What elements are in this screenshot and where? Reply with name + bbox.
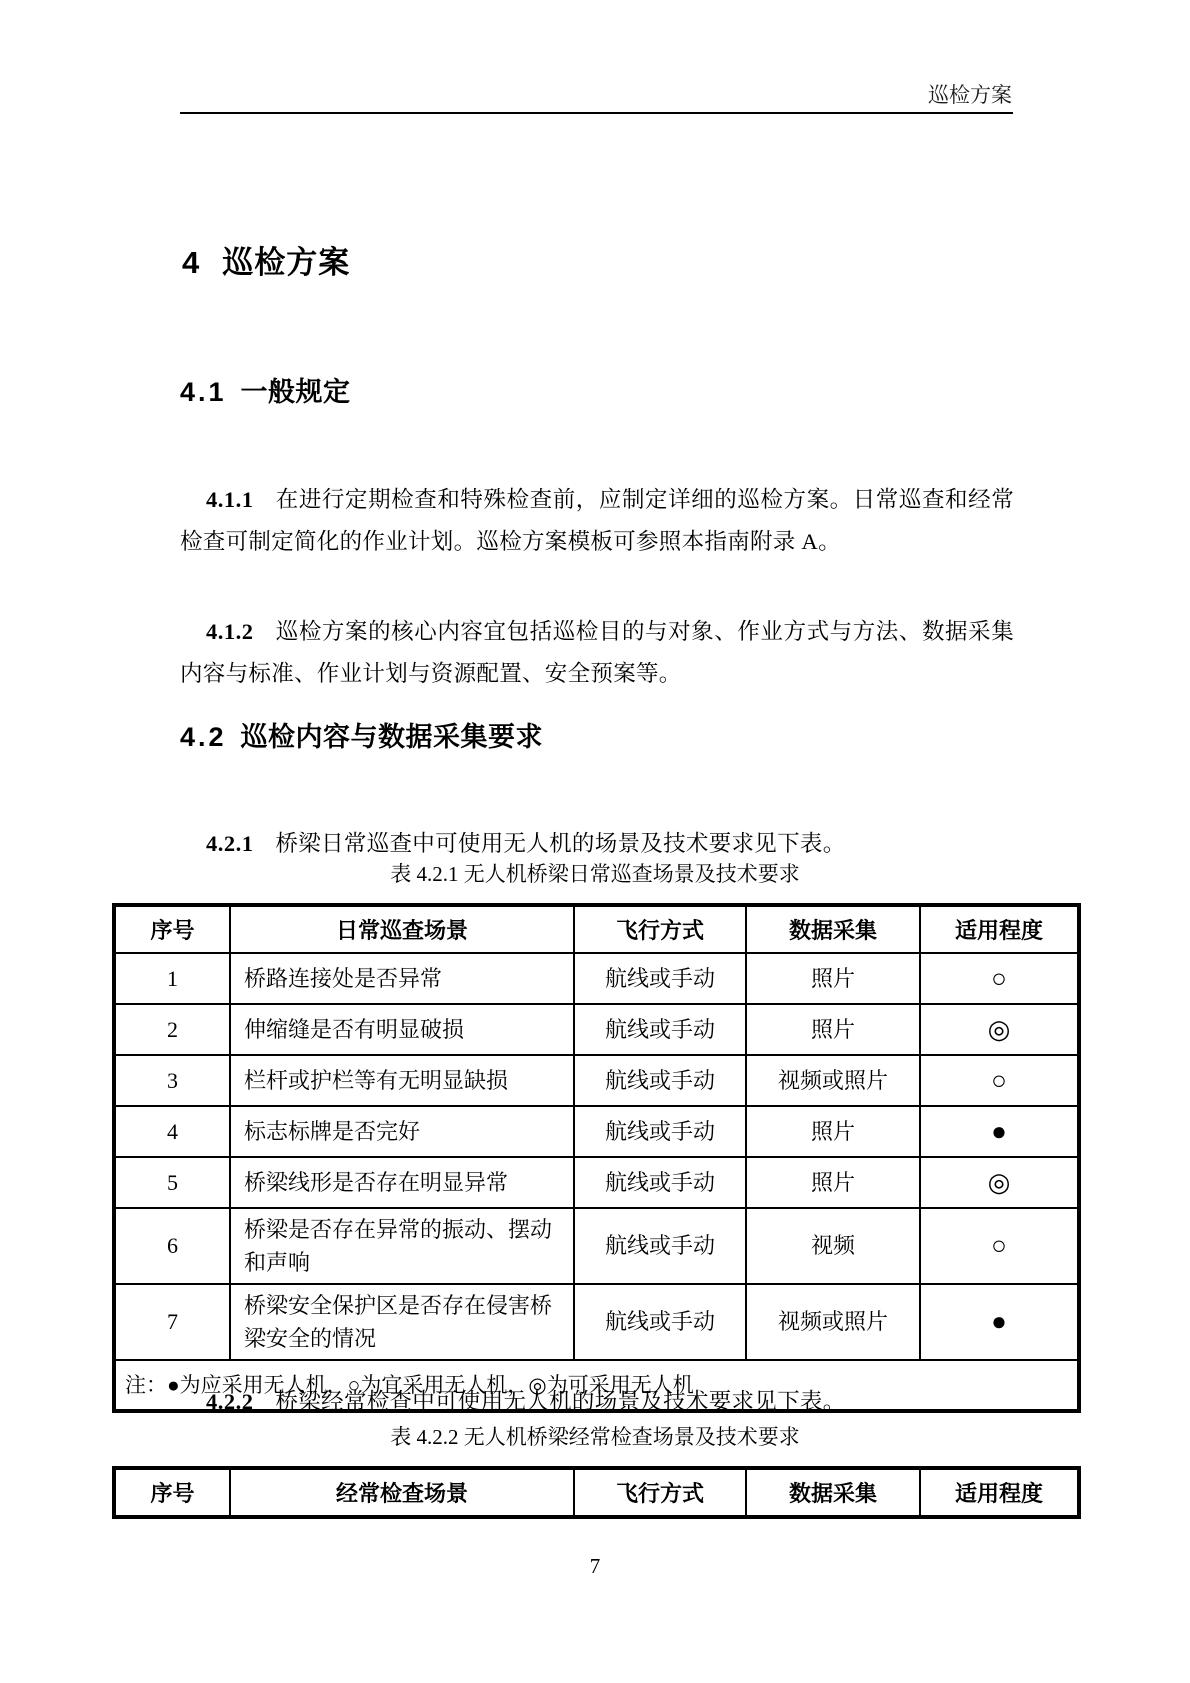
table-cell: 照片 — [746, 1106, 920, 1157]
col-header-applicability: 适用程度 — [920, 1468, 1079, 1517]
section-title-text: 一般规定 — [241, 377, 351, 407]
clause-text: 桥梁日常巡查中可使用无人机的场景及技术要求见下表。 — [276, 831, 846, 856]
col-header-index: 序号 — [114, 1468, 230, 1517]
applicability-symbol-cell: ● — [920, 1106, 1079, 1157]
scene-cell: 桥路连接处是否异常 — [230, 953, 574, 1004]
table-row: 7桥梁安全保护区是否存在侵害桥梁安全的情况航线或手动视频或照片● — [114, 1284, 1079, 1360]
table-row: 3栏杆或护栏等有无明显缺损航线或手动视频或照片○ — [114, 1055, 1079, 1106]
section-heading-4-2: 4.2巡检内容与数据采集要求 — [180, 721, 543, 755]
clause-text: 在进行定期检查和特殊检查前，应制定详细的巡检方案。日常巡查和经常检查可制定简化的… — [180, 487, 1014, 554]
scene-cell: 栏杆或护栏等有无明显缺损 — [230, 1055, 574, 1106]
table-cell: 航线或手动 — [574, 1208, 746, 1284]
table-row: 5桥梁线形是否存在明显异常航线或手动照片◎ — [114, 1157, 1079, 1208]
table-row: 2伸缩缝是否有明显破损航线或手动照片◎ — [114, 1004, 1079, 1055]
table-header: 序号 日常巡查场景 飞行方式 数据采集 适用程度 — [114, 905, 1079, 953]
table-cell: 航线或手动 — [574, 1004, 746, 1055]
daily-patrol-requirements-table: 序号 日常巡查场景 飞行方式 数据采集 适用程度 1桥路连接处是否异常航线或手动… — [112, 903, 1081, 1413]
scene-cell: 伸缩缝是否有明显破损 — [230, 1004, 574, 1055]
table-4-2-2-caption: 表 4.2.2 无人机桥梁经常检查场景及技术要求 — [0, 1423, 1190, 1451]
document-page: 巡检方案 4巡检方案 4.1一般规定 4.1.1在进行定期检查和特殊检查前，应制… — [0, 0, 1190, 1683]
col-header-scene: 日常巡查场景 — [230, 905, 574, 953]
table-row: 1桥路连接处是否异常航线或手动照片○ — [114, 953, 1079, 1004]
clause-number: 4.1.2 — [206, 619, 254, 644]
table-row: 6桥梁是否存在异常的振动、摆动和声响航线或手动视频○ — [114, 1208, 1079, 1284]
table-cell: 视频 — [746, 1208, 920, 1284]
row-index-cell: 3 — [114, 1055, 230, 1106]
chapter-number: 4 — [182, 245, 200, 280]
applicability-symbol-cell: ◎ — [920, 1004, 1079, 1055]
scene-cell: 标志标牌是否完好 — [230, 1106, 574, 1157]
section-title-text: 巡检内容与数据采集要求 — [241, 722, 544, 752]
section-number: 4.2 — [180, 722, 227, 752]
col-header-index: 序号 — [114, 905, 230, 953]
table-row: 4标志标牌是否完好航线或手动照片● — [114, 1106, 1079, 1157]
table-cell: 航线或手动 — [574, 1157, 746, 1208]
scene-cell: 桥梁线形是否存在明显异常 — [230, 1157, 574, 1208]
clause-text: 巡检方案的核心内容宜包括巡检目的与对象、作业方式与方法、数据采集内容与标准、作业… — [180, 619, 1014, 686]
clause-4-2-1: 4.2.1桥梁日常巡查中可使用无人机的场景及技术要求见下表。 — [180, 823, 1014, 865]
clause-4-1-1: 4.1.1在进行定期检查和特殊检查前，应制定详细的巡检方案。日常巡查和经常检查可… — [180, 479, 1014, 563]
running-header-title: 巡检方案 — [0, 81, 1012, 109]
applicability-symbol-cell: ○ — [920, 1055, 1079, 1106]
applicability-symbol-cell: ○ — [920, 1208, 1079, 1284]
page-number: 7 — [0, 1554, 1190, 1579]
table-4-2-1-caption: 表 4.2.1 无人机桥梁日常巡查场景及技术要求 — [0, 860, 1190, 888]
clause-number: 4.2.1 — [206, 831, 254, 856]
row-index-cell: 5 — [114, 1157, 230, 1208]
row-index-cell: 6 — [114, 1208, 230, 1284]
col-header-flight-mode: 飞行方式 — [574, 1468, 746, 1517]
table-cell: 航线或手动 — [574, 1055, 746, 1106]
table-cell: 航线或手动 — [574, 953, 746, 1004]
scene-cell: 桥梁是否存在异常的振动、摆动和声响 — [230, 1208, 574, 1284]
col-header-scene: 经常检查场景 — [230, 1468, 574, 1517]
row-index-cell: 1 — [114, 953, 230, 1004]
col-header-flight-mode: 飞行方式 — [574, 905, 746, 953]
table-body: 1桥路连接处是否异常航线或手动照片○2伸缩缝是否有明显破损航线或手动照片◎3栏杆… — [114, 953, 1079, 1360]
col-header-data-capture: 数据采集 — [746, 905, 920, 953]
table-cell: 照片 — [746, 953, 920, 1004]
table-cell: 视频或照片 — [746, 1284, 920, 1360]
table-header-row: 序号 日常巡查场景 飞行方式 数据采集 适用程度 — [114, 905, 1079, 953]
table-cell: 航线或手动 — [574, 1106, 746, 1157]
col-header-data-capture: 数据采集 — [746, 1468, 920, 1517]
chapter-title-text: 巡检方案 — [222, 245, 350, 280]
table-header: 序号 经常检查场景 飞行方式 数据采集 适用程度 — [114, 1468, 1079, 1517]
clause-number: 4.2.2 — [206, 1389, 254, 1414]
section-number: 4.1 — [180, 377, 227, 407]
clause-text: 桥梁经常检查中可使用无人机的场景及技术要求见下表。 — [276, 1389, 846, 1414]
scene-cell: 桥梁安全保护区是否存在侵害桥梁安全的情况 — [230, 1284, 574, 1360]
row-index-cell: 7 — [114, 1284, 230, 1360]
applicability-symbol-cell: ● — [920, 1284, 1079, 1360]
header-divider — [180, 112, 1013, 114]
chapter-heading: 4巡检方案 — [182, 244, 350, 283]
table-header-row: 序号 经常检查场景 飞行方式 数据采集 适用程度 — [114, 1468, 1079, 1517]
table-cell: 照片 — [746, 1004, 920, 1055]
table-cell: 照片 — [746, 1157, 920, 1208]
col-header-applicability: 适用程度 — [920, 905, 1079, 953]
applicability-symbol-cell: ◎ — [920, 1157, 1079, 1208]
regular-inspection-requirements-table: 序号 经常检查场景 飞行方式 数据采集 适用程度 — [112, 1466, 1081, 1519]
clause-4-1-2: 4.1.2巡检方案的核心内容宜包括巡检目的与对象、作业方式与方法、数据采集内容与… — [180, 611, 1014, 695]
table-cell: 航线或手动 — [574, 1284, 746, 1360]
row-index-cell: 2 — [114, 1004, 230, 1055]
applicability-symbol-cell: ○ — [920, 953, 1079, 1004]
row-index-cell: 4 — [114, 1106, 230, 1157]
clause-4-2-2: 4.2.2桥梁经常检查中可使用无人机的场景及技术要求见下表。 — [180, 1381, 1014, 1423]
table-cell: 视频或照片 — [746, 1055, 920, 1106]
section-heading-4-1: 4.1一般规定 — [180, 376, 351, 410]
clause-number: 4.1.1 — [206, 487, 254, 512]
